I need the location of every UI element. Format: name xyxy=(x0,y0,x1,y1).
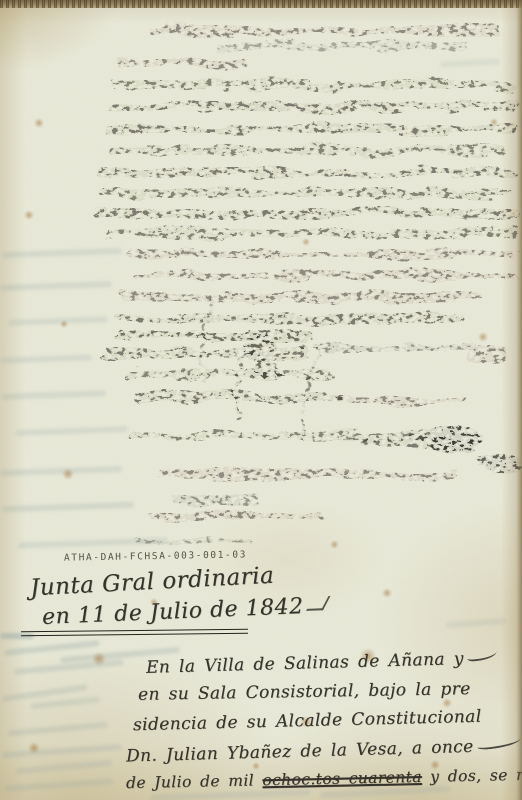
manuscript-line-1: En la Villa de Salinas de Añana y xyxy=(146,648,497,678)
ghost-writing-line xyxy=(446,618,506,628)
foxing-spot xyxy=(252,762,260,770)
ghost-writing-line xyxy=(0,466,122,476)
manuscript-line-2: en su Sala Consistorial, bajo la pre xyxy=(138,679,471,705)
ghost-writing-line xyxy=(2,390,106,400)
foxing-spot xyxy=(382,588,392,598)
ghost-writing-line xyxy=(2,502,134,513)
ghost-writing-line xyxy=(4,778,114,792)
foxing-spot xyxy=(330,540,339,549)
foxing-spot xyxy=(490,118,498,126)
ghost-writing-line xyxy=(2,744,122,758)
entry-heading-line-2: en 11 de Julio de 1842 xyxy=(42,593,327,630)
ghost-writing-line xyxy=(16,760,112,774)
ghost-writing-line xyxy=(0,354,92,363)
page-edge-shadow xyxy=(516,0,522,800)
ghost-writing-line xyxy=(18,537,168,548)
foxing-spot xyxy=(60,320,68,328)
ghost-writing-line xyxy=(16,426,128,436)
foxing-spot xyxy=(62,468,74,480)
archive-reference-stamp: ATHA-DAH-FCHSA-003-001-03 xyxy=(64,549,247,563)
foxing-spot xyxy=(302,238,310,246)
manuscript-line-4: Dn. Julian Ybañez de la Vesa, a once xyxy=(126,735,521,766)
heading-underline xyxy=(21,629,248,636)
ghost-writing-line xyxy=(4,640,100,656)
foxing-spot xyxy=(28,742,40,754)
ghost-writing-line xyxy=(2,248,122,258)
ghost-writing-line xyxy=(30,696,100,709)
ghost-writing-line xyxy=(0,281,112,291)
line5-pre: de Julio de mil xyxy=(126,771,263,792)
ghost-writing-line xyxy=(8,316,108,325)
foxing-spot xyxy=(34,118,44,128)
manuscript-line-3: sidencia de su Alcalde Constitucional xyxy=(133,707,482,736)
foxing-spot xyxy=(24,210,34,220)
line5-post: y dos, se reunie xyxy=(422,765,522,786)
ghost-writing-line xyxy=(2,684,88,702)
offset-ink-blots xyxy=(94,26,521,543)
ghost-writing-line xyxy=(14,659,124,675)
book-binding-edge xyxy=(0,0,522,8)
manuscript-line-5: de Julio de mil ochoc.tos cuarenta y dos… xyxy=(126,764,522,792)
ghost-writing-line xyxy=(8,722,108,737)
foxing-spot xyxy=(478,332,488,342)
entry-heading-line-1: Junta Gral ordinaria xyxy=(29,563,274,602)
struck-text: ochoc.tos cuarenta xyxy=(262,768,422,789)
ghost-writing-line xyxy=(440,58,500,67)
foxing-spot xyxy=(92,652,106,666)
manuscript-page-scan: ATHA-DAH-FCHSA-003-001-03 Junta Gral ord… xyxy=(0,0,522,800)
